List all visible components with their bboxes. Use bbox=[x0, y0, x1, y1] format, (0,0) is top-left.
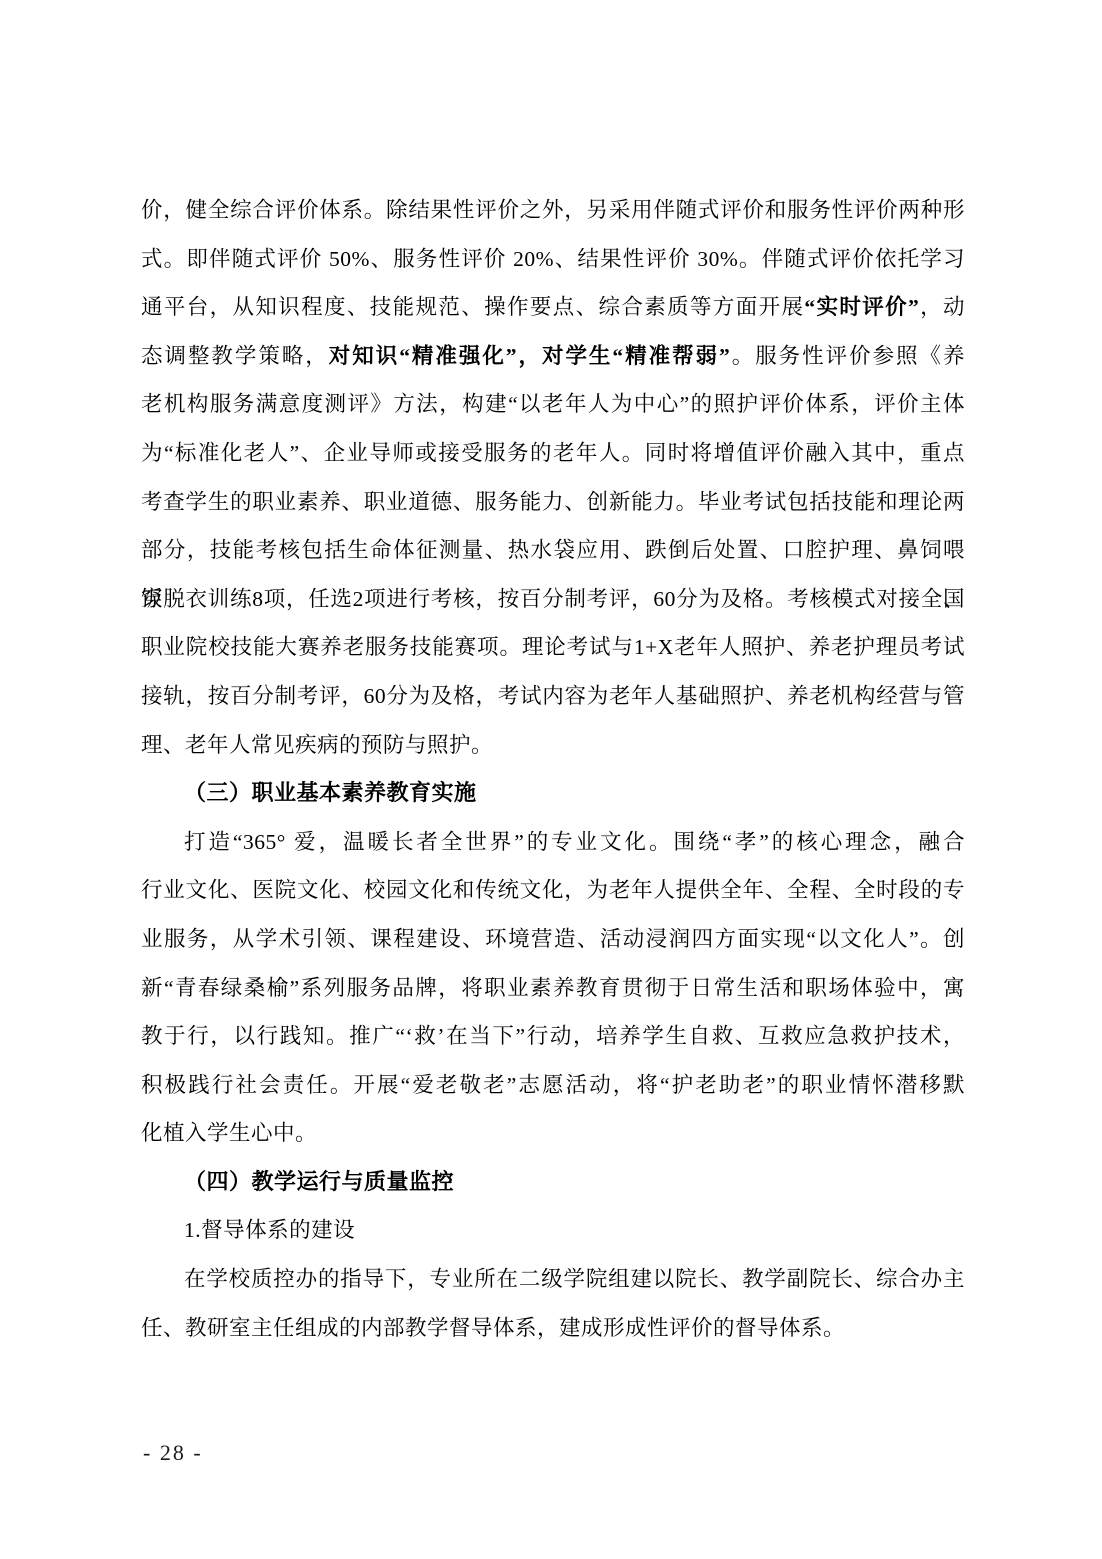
text-run: 为“标准化老人”、企业导师或接受服务的老年人。同时将增值评价融入其中，重点 bbox=[141, 441, 965, 465]
subheading-supervision-system: 1.督导体系的建设 bbox=[141, 1206, 965, 1255]
text-run: 理、老年人常见疾病的预防与照护。 bbox=[141, 733, 493, 757]
text-line: 通平台，从知识程度、技能规范、操作要点、综合素质等方面开展“实时评价”，动 bbox=[141, 283, 965, 332]
text-run: 积极践行社会责任。开展“爱老敬老”志愿活动，将“护老助老”的职业情怀潜移默 bbox=[141, 1073, 965, 1097]
text-line: 在学校质控办的指导下，专业所在二级学院组建以院长、教学副院长、综合办主 bbox=[141, 1255, 965, 1304]
text-line: 1.督导体系的建设 bbox=[141, 1206, 965, 1255]
text-run: ，动 bbox=[919, 295, 965, 319]
text-line: 态调整教学策略，对知识“精准强化”，对学生“精准帮弱”。服务性评价参照《养 bbox=[141, 332, 965, 381]
text-line: 老机构服务满意度测评》方法，构建“以老年人为中心”的照护评价体系，评价主体 bbox=[141, 380, 965, 429]
text-run: 通平台，从知识程度、技能规范、操作要点、综合素质等方面开展 bbox=[141, 295, 804, 319]
text-line: 考查学生的职业素养、职业道德、服务能力、创新能力。毕业考试包括技能和理论两 bbox=[141, 478, 965, 527]
text-run: 新“青春绿桑榆”系列服务品牌，将职业素养教育贯彻于日常生活和职场体验中，寓 bbox=[141, 976, 965, 1000]
text-line: 积极践行社会责任。开展“爱老敬老”志愿活动，将“护老助老”的职业情怀潜移默 bbox=[141, 1061, 965, 1110]
text-line: 打造“365° 爱，温暖长者全世界”的专业文化。围绕“孝”的核心理念，融合 bbox=[141, 818, 965, 867]
text-run: 1.督导体系的建设 bbox=[184, 1218, 355, 1242]
text-line: 穿脱衣训练8项，任选2项进行考核，按百分制考评，60分为及格。考核模式对接全国 bbox=[141, 575, 965, 624]
text-line: 行业文化、医院文化、校园文化和传统文化，为老年人提供全年、全程、全时段的专 bbox=[141, 866, 965, 915]
text-line: 化植入学生心中。 bbox=[141, 1109, 965, 1158]
text-run: 考查学生的职业素养、职业道德、服务能力、创新能力。毕业考试包括技能和理论两 bbox=[141, 490, 965, 514]
paragraph-professional-culture: 打造“365° 爱，温暖长者全世界”的专业文化。围绕“孝”的核心理念，融合行业文… bbox=[141, 818, 965, 1158]
document-content: 价，健全综合评价体系。除结果性评价之外，另采用伴随式评价和服务性评价两种形式。即… bbox=[141, 186, 965, 1352]
text-line: 为“标准化老人”、企业导师或接受服务的老年人。同时将增值评价融入其中，重点 bbox=[141, 429, 965, 478]
text-line: 接轨，按百分制考评，60分为及格，考试内容为老年人基础照护、养老机构经营与管 bbox=[141, 672, 965, 721]
text-run: 态调整教学策略， bbox=[141, 344, 329, 368]
text-line: 任、教研室主任组成的内部教学督导体系，建成形成性评价的督导体系。 bbox=[141, 1304, 965, 1353]
heading-section-four: （四）教学运行与质量监控 bbox=[141, 1158, 965, 1207]
text-run: 打造“365° 爱，温暖长者全世界”的专业文化。围绕“孝”的核心理念，融合 bbox=[184, 830, 965, 854]
text-run: 价，健全综合评价体系。除结果性评价之外，另采用伴随式评价和服务性评价两种形 bbox=[141, 198, 965, 222]
text-run: 行业文化、医院文化、校园文化和传统文化，为老年人提供全年、全程、全时段的专 bbox=[141, 878, 965, 902]
text-run: 。服务性评价参照《养 bbox=[730, 344, 965, 368]
heading-section-three: （三）职业基本素养教育实施 bbox=[141, 769, 965, 818]
text-line: 部分，技能考核包括生命体征测量、热水袋应用、跌倒后处置、口腔护理、鼻饲喂饭、 bbox=[141, 526, 965, 575]
text-line: 新“青春绿桑榆”系列服务品牌，将职业素养教育贯彻于日常生活和职场体验中，寓 bbox=[141, 964, 965, 1013]
emphasis-text-run: 对知识“精准强化”，对学生“精准帮弱” bbox=[329, 344, 730, 368]
text-line: 职业院校技能大赛养老服务技能赛项。理论考试与1+X老年人照护、养老护理员考试 bbox=[141, 623, 965, 672]
text-line: 价，健全综合评价体系。除结果性评价之外，另采用伴随式评价和服务性评价两种形 bbox=[141, 186, 965, 235]
emphasis-text-run: “实时评价” bbox=[804, 295, 919, 319]
text-run: 接轨，按百分制考评，60分为及格，考试内容为老年人基础照护、养老机构经营与管 bbox=[141, 684, 965, 708]
text-run: 老机构服务满意度测评》方法，构建“以老年人为中心”的照护评价体系，评价主体 bbox=[141, 392, 965, 416]
text-run: 教于行，以行践知。推广“‘救’在当下”行动，培养学生自救、互救应急救护技术， bbox=[141, 1024, 965, 1048]
emphasis-text-run: （三）职业基本素养教育实施 bbox=[184, 780, 477, 805]
text-run: 任、教研室主任组成的内部教学督导体系，建成形成性评价的督导体系。 bbox=[141, 1316, 845, 1340]
text-run: 职业院校技能大赛养老服务技能赛项。理论考试与1+X老年人照护、养老护理员考试 bbox=[141, 635, 965, 659]
page-number: - 28 - bbox=[143, 1438, 203, 1468]
emphasis-text-run: （四）教学运行与质量监控 bbox=[184, 1169, 454, 1194]
text-run: 在学校质控办的指导下，专业所在二级学院组建以院长、教学副院长、综合办主 bbox=[184, 1267, 965, 1291]
text-run: 业服务，从学术引领、课程建设、环境营造、活动浸润四方面实现“以文化人”。创 bbox=[141, 927, 965, 951]
text-line: 理、老年人常见疾病的预防与照护。 bbox=[141, 721, 965, 770]
text-line: （三）职业基本素养教育实施 bbox=[141, 769, 965, 818]
text-line: （四）教学运行与质量监控 bbox=[141, 1158, 965, 1207]
paragraph-evaluation-system: 价，健全综合评价体系。除结果性评价之外，另采用伴随式评价和服务性评价两种形式。即… bbox=[141, 186, 965, 769]
paragraph-supervision-detail: 在学校质控办的指导下，专业所在二级学院组建以院长、教学副院长、综合办主任、教研室… bbox=[141, 1255, 965, 1352]
text-line: 教于行，以行践知。推广“‘救’在当下”行动，培养学生自救、互救应急救护技术， bbox=[141, 1012, 965, 1061]
text-line: 式。即伴随式评价 50%、服务性评价 20%、结果性评价 30%。伴随式评价依托… bbox=[141, 235, 965, 284]
text-run: 穿脱衣训练8项，任选2项进行考核，按百分制考评，60分为及格。考核模式对接全国 bbox=[141, 587, 965, 611]
text-run: 式。即伴随式评价 50%、服务性评价 20%、结果性评价 30%。伴随式评价依托… bbox=[141, 247, 965, 271]
text-line: 业服务，从学术引领、课程建设、环境营造、活动浸润四方面实现“以文化人”。创 bbox=[141, 915, 965, 964]
document-page: 价，健全综合评价体系。除结果性评价之外，另采用伴随式评价和服务性评价两种形式。即… bbox=[0, 0, 1102, 1559]
text-run: 化植入学生心中。 bbox=[141, 1121, 317, 1145]
